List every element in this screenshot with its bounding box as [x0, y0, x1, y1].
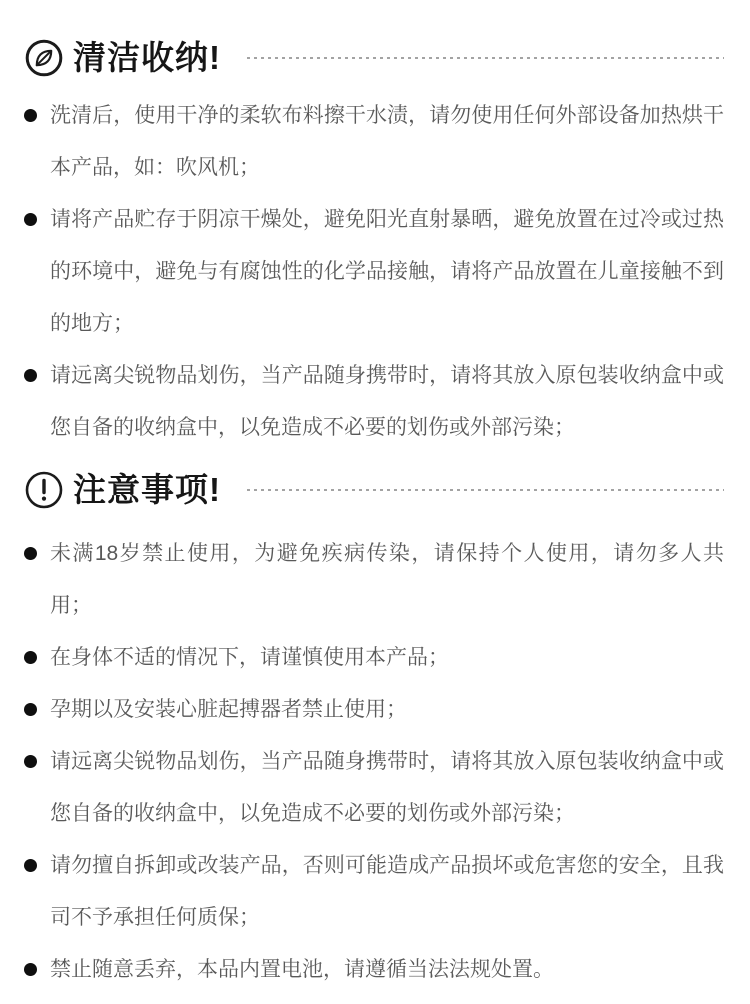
dotted-divider: [247, 489, 724, 491]
section-title: 注意事项!: [73, 466, 221, 514]
instruction-list-precautions: 未满18岁禁止使用，为避免疾病传染，请保持个人使用，请勿多人共用； 在身体不适的…: [24, 528, 724, 996]
section-cleaning-storage: 清洁收纳! 洗清后，使用干净的柔软布料擦干水渍，请勿使用任何外部设备加热烘干本产…: [24, 34, 724, 454]
list-item: 请远离尖锐物品划伤，当产品随身携带时，请将其放入原包装收纳盒中或您自备的收纳盒中…: [24, 350, 724, 454]
list-item: 禁止随意丢弃，本品内置电池，请遵循当法法规处置。: [24, 944, 724, 996]
section-header-precautions: 注意事项!: [24, 466, 724, 514]
list-item: 未满18岁禁止使用，为避免疾病传染，请保持个人使用，请勿多人共用；: [24, 528, 724, 632]
list-item: 在身体不适的情况下，请谨慎使用本产品；: [24, 632, 724, 684]
care-instructions-page: 清洁收纳! 洗清后，使用干净的柔软布料擦干水渍，请勿使用任何外部设备加热烘干本产…: [0, 0, 750, 1004]
list-item: 请将产品贮存于阴凉干燥处，避免阳光直射暴晒，避免放置在过冷或过热的环境中，避免与…: [24, 194, 724, 350]
dotted-divider: [247, 57, 724, 59]
list-item: 请勿擅自拆卸或改装产品，否则可能造成产品损坏或危害您的安全，且我司不予承担任何质…: [24, 840, 724, 944]
section-title: 清洁收纳!: [73, 34, 221, 82]
section-header-cleaning: 清洁收纳!: [24, 34, 724, 82]
section-precautions: 注意事项! 未满18岁禁止使用，为避免疾病传染，请保持个人使用，请勿多人共用； …: [24, 466, 724, 996]
list-item: 请远离尖锐物品划伤，当产品随身携带时，请将其放入原包装收纳盒中或您自备的收纳盒中…: [24, 736, 724, 840]
alert-icon: [24, 470, 64, 510]
list-item: 洗清后，使用干净的柔软布料擦干水渍，请勿使用任何外部设备加热烘干本产品，如：吹风…: [24, 90, 724, 194]
list-item: 孕期以及安装心脏起搏器者禁止使用；: [24, 684, 724, 736]
leaf-icon: [24, 38, 64, 78]
instruction-list-cleaning: 洗清后，使用干净的柔软布料擦干水渍，请勿使用任何外部设备加热烘干本产品，如：吹风…: [24, 90, 724, 454]
